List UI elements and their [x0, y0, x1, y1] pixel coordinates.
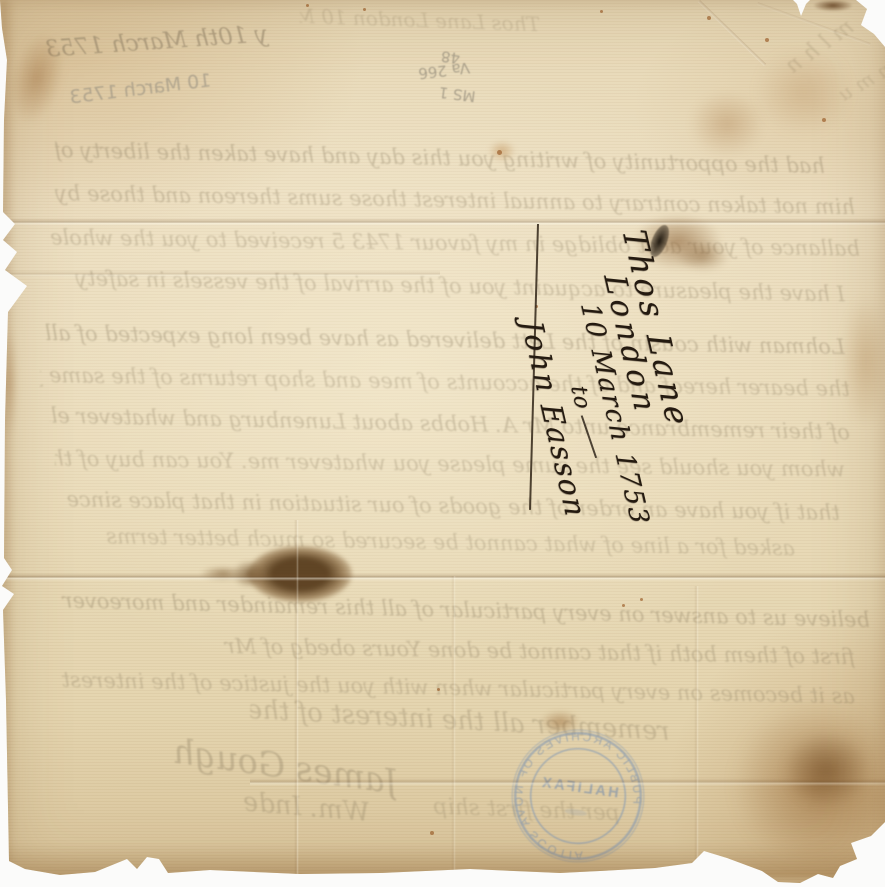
- foxing-dot: [306, 4, 309, 7]
- address-docket: Thos Lane London 10 March 1753 to John E…: [502, 226, 713, 542]
- edge-darkening: [0, 0, 16, 887]
- bleedthrough-script-line: him not taken contrary to annual interes…: [35, 181, 855, 219]
- foxing-spot: [488, 140, 516, 162]
- bleedthrough-script-line: of their remembrance unto Mr A. Hobbs ab…: [50, 404, 850, 445]
- foxing-dot: [640, 598, 643, 601]
- bleedthrough-script-line: Thos Lane London 10 March: [300, 4, 541, 36]
- bleedthrough-script-line: ballance of your acct oblidge in my favo…: [40, 225, 860, 260]
- document-scan: Thos Lane London 10 Marchhad the opportu…: [0, 0, 885, 887]
- edge-stain: [842, 296, 885, 426]
- bleedthrough-script-line: asked for a line of what cannot be secur…: [75, 524, 795, 561]
- edge-stain: [0, 326, 18, 438]
- dark-edge-fragment: [814, 0, 852, 11]
- bleedthrough-script-line: the bearer hereof and of the accounts of…: [40, 363, 850, 401]
- foxing-dot: [707, 16, 711, 20]
- bleedthrough-script-line: m l h n: [721, 14, 858, 121]
- small-stain: [540, 710, 580, 734]
- bleedthrough-script-line: Wm. Inde: [89, 774, 371, 828]
- edge-stain: [1, 27, 73, 129]
- bleedthrough-script-line: as it becomes on every particular when w…: [55, 668, 855, 709]
- foxing-dot: [363, 8, 366, 11]
- bleedthrough-script-line: Lohman with cousin of the Lett delivered…: [45, 321, 845, 359]
- foxing-dot: [622, 604, 625, 607]
- water-stain: [736, 704, 885, 864]
- foxing-dot: [765, 38, 769, 42]
- bleedthrough-date-script: y 10th March 1753: [17, 21, 268, 64]
- bleedthrough-script-line: remember all the interest of the: [250, 695, 671, 747]
- foxing-dot: [437, 688, 440, 691]
- brown-stain: [676, 240, 730, 272]
- bleedthrough-script-line: believe us to answer on every particular…: [40, 588, 870, 632]
- stamp-center-text: HALIFAX: [539, 775, 620, 802]
- bleedthrough-script-line: I have the pleasure to acquaint you of t…: [55, 266, 845, 307]
- corner-crease: [698, 0, 766, 66]
- fold-crease-vertical: [294, 520, 299, 876]
- bleedthrough-script-line: James Gough: [69, 717, 401, 803]
- water-stain: [784, 732, 870, 808]
- edge-darkening: [0, 843, 885, 877]
- fold-crease-horizontal: [0, 270, 440, 278]
- fold-crease-horizontal: [250, 778, 885, 786]
- bleedthrough-script-line: that if you have an order of the goods o…: [60, 487, 840, 525]
- letter-paper-sheet: Thos Lane London 10 Marchhad the opportu…: [0, 0, 885, 887]
- corner-crease: [757, 2, 871, 46]
- foxing-dot: [600, 10, 603, 13]
- foxing-dot: [430, 831, 434, 835]
- brown-stain: [756, 48, 852, 134]
- bleedthrough-script-line: had the opportunity of writing you this …: [55, 138, 825, 178]
- dark-ink-stain: [248, 546, 352, 602]
- fold-crease-horizontal: [0, 573, 885, 581]
- dark-ink-stain: [232, 560, 266, 588]
- bleedthrough-script-line: n m u: [745, 57, 885, 158]
- fold-crease-vertical: [451, 576, 456, 886]
- foxing-dot: [822, 118, 826, 122]
- archive-stamp: PUBLIC ARCHIVES OF NOVA SCOTIA HALIFAX: [497, 715, 660, 878]
- foxing-dot: [497, 150, 502, 155]
- dark-ink-stain: [200, 566, 246, 581]
- stamp-ring-text: PUBLIC ARCHIVES OF NOVA SCOTIA: [503, 721, 654, 872]
- bleedthrough-script-line: per the first ship: [330, 791, 621, 826]
- fold-crease-vertical: [694, 586, 699, 878]
- paper-vignette: [0, 0, 885, 887]
- pencil-reference-note: MS 1 Va 266 48: [383, 41, 481, 106]
- bleedthrough-script-line: whom you should see the sume please you …: [55, 446, 845, 481]
- bleedthrough-script-line: first of them both if that cannot be don…: [45, 631, 855, 669]
- brown-stain: [690, 92, 764, 156]
- fold-crease-horizontal: [0, 218, 885, 226]
- pencil-date-note: 10 March 1753: [1, 69, 212, 116]
